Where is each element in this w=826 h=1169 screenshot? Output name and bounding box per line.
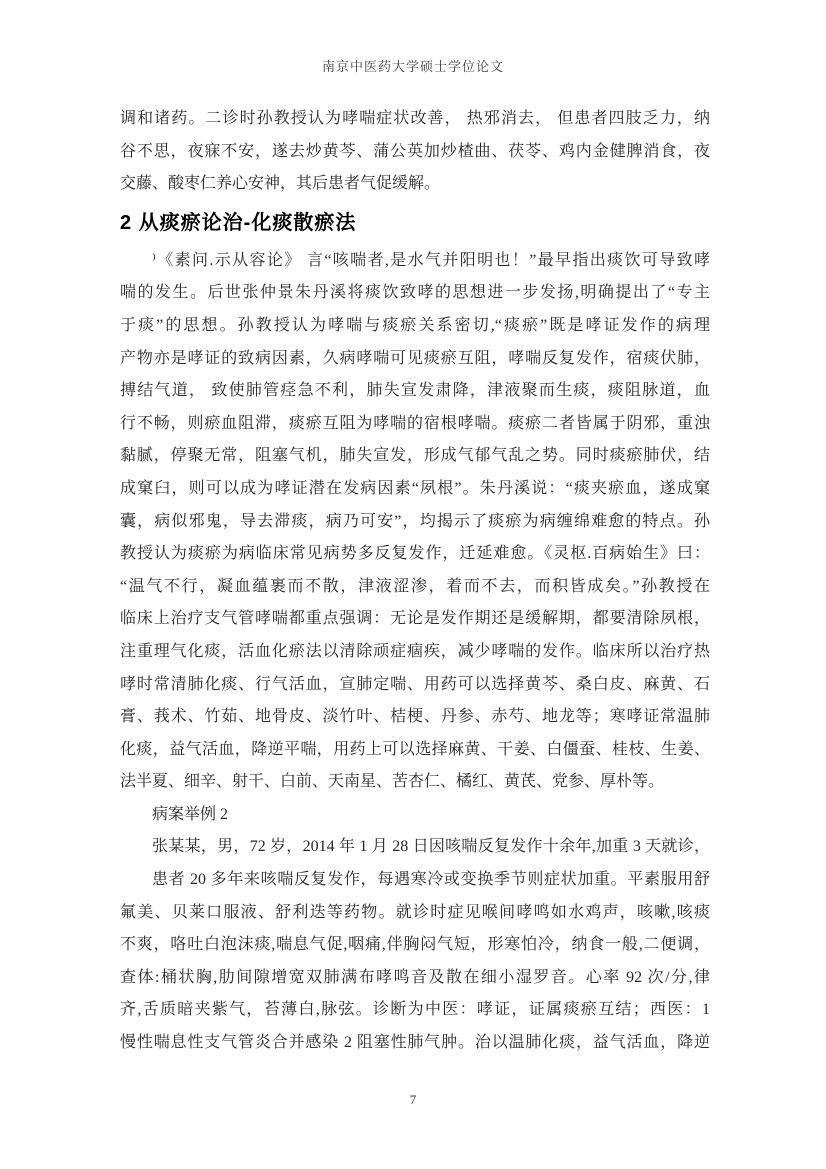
text-line: 交藤、酸枣仁养心安神，其后患者气促缓解。 (120, 168, 710, 201)
text-line: 法半夏、细辛、射干、白前、天南星、苦杏仁、橘红、黄芪、党参、厚朴等。 (120, 766, 710, 799)
text-line: 慢性喘息性支气管炎合并感染 2 阻塞性肺气肿。治以温肺化痰，益气活血，降逆 (120, 1027, 710, 1060)
paragraph: 病案举例 2 (120, 799, 710, 832)
text-line: 谷不思，夜寐不安，遂去炒黄芩、蒲公英加炒楂曲、茯苓、鸡内金健脾消食，夜 (120, 136, 710, 169)
text-line: 不爽，咯吐白泡沫痰,喘息气促,咽痛,伴胸闷气短，形寒怕冷，纳食一般,二便调， (120, 929, 710, 962)
text-line: 教授认为痰瘀为病临床常见病势多反复发作，迁延难愈。《灵枢.百病始生》曰： (120, 538, 710, 571)
text-line: 调和诸药。二诊时孙教授认为哮喘症状改善， 热邪消去， 但患者四肢乏力，纳 (120, 103, 710, 136)
text-line: 产物亦是哮证的致病因素，久病哮喘可见痰瘀互阻，哮喘反复发作，宿痰伏肺， (120, 343, 710, 376)
paragraph: 调和诸药。二诊时孙教授认为哮喘症状改善， 热邪消去， 但患者四肢乏力，纳谷不思，… (120, 103, 710, 201)
text-line: 氟美、贝莱口服液、舒利迭等药物。就诊时症见喉间哮鸣如水鸡声，咳嗽,咳痰 (120, 897, 710, 930)
text-line: 注重理气化痰，活血化瘀法以清除顽症痼疾，减少哮喘的发作。临床所以治疗热 (120, 636, 710, 669)
text-line: 膏、莪术、竹茹、地骨皮、淡竹叶、桔梗、丹参、赤芍、地龙等；寒哮证常温肺 (120, 701, 710, 734)
text-line: 搏结气道， 致使肺管痉急不利，肺失宣发肃降，津液聚而生痰，痰阻脉道，血 (120, 375, 710, 408)
text-line: 喘的发生。后世张仲景朱丹溪将痰饮致哮的思想进一步发扬,明确提出了“专主 (120, 277, 710, 310)
text-line: ⁾《素问.示从容论》 言“咳喘者,是水气并阳明也！”最早指出痰饮可导致哮 (120, 245, 710, 278)
text-line: 齐,舌质暗夹紫气，苔薄白,脉弦。诊断为中医：哮证，证属痰瘀互结；西医：1 (120, 994, 710, 1027)
page-number: 7 (0, 1092, 826, 1108)
text-line: 于痰”的思想。孙教授认为哮喘与痰瘀关系密切,“痰瘀”既是哮证发作的病理 (120, 310, 710, 343)
text-line: 临床上治疗支气管哮喘都重点强调：无论是发作期还是缓解期，都要清除夙根， (120, 603, 710, 636)
text-line: 成窠臼，则可以成为哮证潜在发病因素“夙根”。朱丹溪说：“痰夹瘀血，遂成窠 (120, 473, 710, 506)
text-line: “温气不行，凝血蕴裹而不散，津液涩渗，着而不去，而积皆成矣。”孙教授在 (120, 571, 710, 604)
paragraph: 患者 20 多年来咳喘反复发作，每遇寒冷或变换季节则症状加重。平素服用舒氟美、贝… (120, 864, 710, 1060)
text-line: 哮时常清肺化痰、行气活血，宣肺定喘、用药可以选择黄芩、桑白皮、麻黄、石 (120, 669, 710, 702)
text-line: 病案举例 2 (120, 799, 710, 832)
text-line: 查体:桶状胸,肋间隙增宽双肺满布哮鸣音及散在细小湿罗音。心率 92 次/分,律 (120, 962, 710, 995)
text-line: 行不畅，则瘀血阻滞，痰瘀互阻为哮喘的宿根哮喘。痰瘀二者皆属于阴邪，重浊 (120, 408, 710, 441)
text-line: 化痰，益气活血，降逆平喘，用药上可以选择麻黄、干姜、白僵蚕、桂枝、生姜、 (120, 734, 710, 767)
paragraph: ⁾《素问.示从容论》 言“咳喘者,是水气并阳明也！”最早指出痰饮可导致哮喘的发生… (120, 245, 710, 799)
running-header: 南京中医药大学硕士学位论文 (0, 56, 826, 75)
page-content: 调和诸药。二诊时孙教授认为哮喘症状改善， 热邪消去， 但患者四肢乏力，纳谷不思，… (120, 103, 710, 1060)
paragraph: 张某某，男，72 岁，2014 年 1 月 28 日因咳喘反复发作十余年,加重 … (120, 831, 710, 864)
text-line: 患者 20 多年来咳喘反复发作，每遇寒冷或变换季节则症状加重。平素服用舒 (120, 864, 710, 897)
thesis-page: 南京中医药大学硕士学位论文 调和诸药。二诊时孙教授认为哮喘症状改善， 热邪消去，… (0, 0, 826, 1169)
text-line: 张某某，男，72 岁，2014 年 1 月 28 日因咳喘反复发作十余年,加重 … (120, 831, 710, 864)
text-line: 囊，病似邪鬼，导去滞痰，病乃可安”，均揭示了痰瘀为病缠绵难愈的特点。孙 (120, 506, 710, 539)
section-heading: 2 从痰瘀论治-化痰散瘀法 (120, 208, 710, 238)
text-line: 黏腻，停聚无常，阻塞气机，肺失宣发，形成气郁气乱之势。同时痰瘀肺伏，结 (120, 440, 710, 473)
